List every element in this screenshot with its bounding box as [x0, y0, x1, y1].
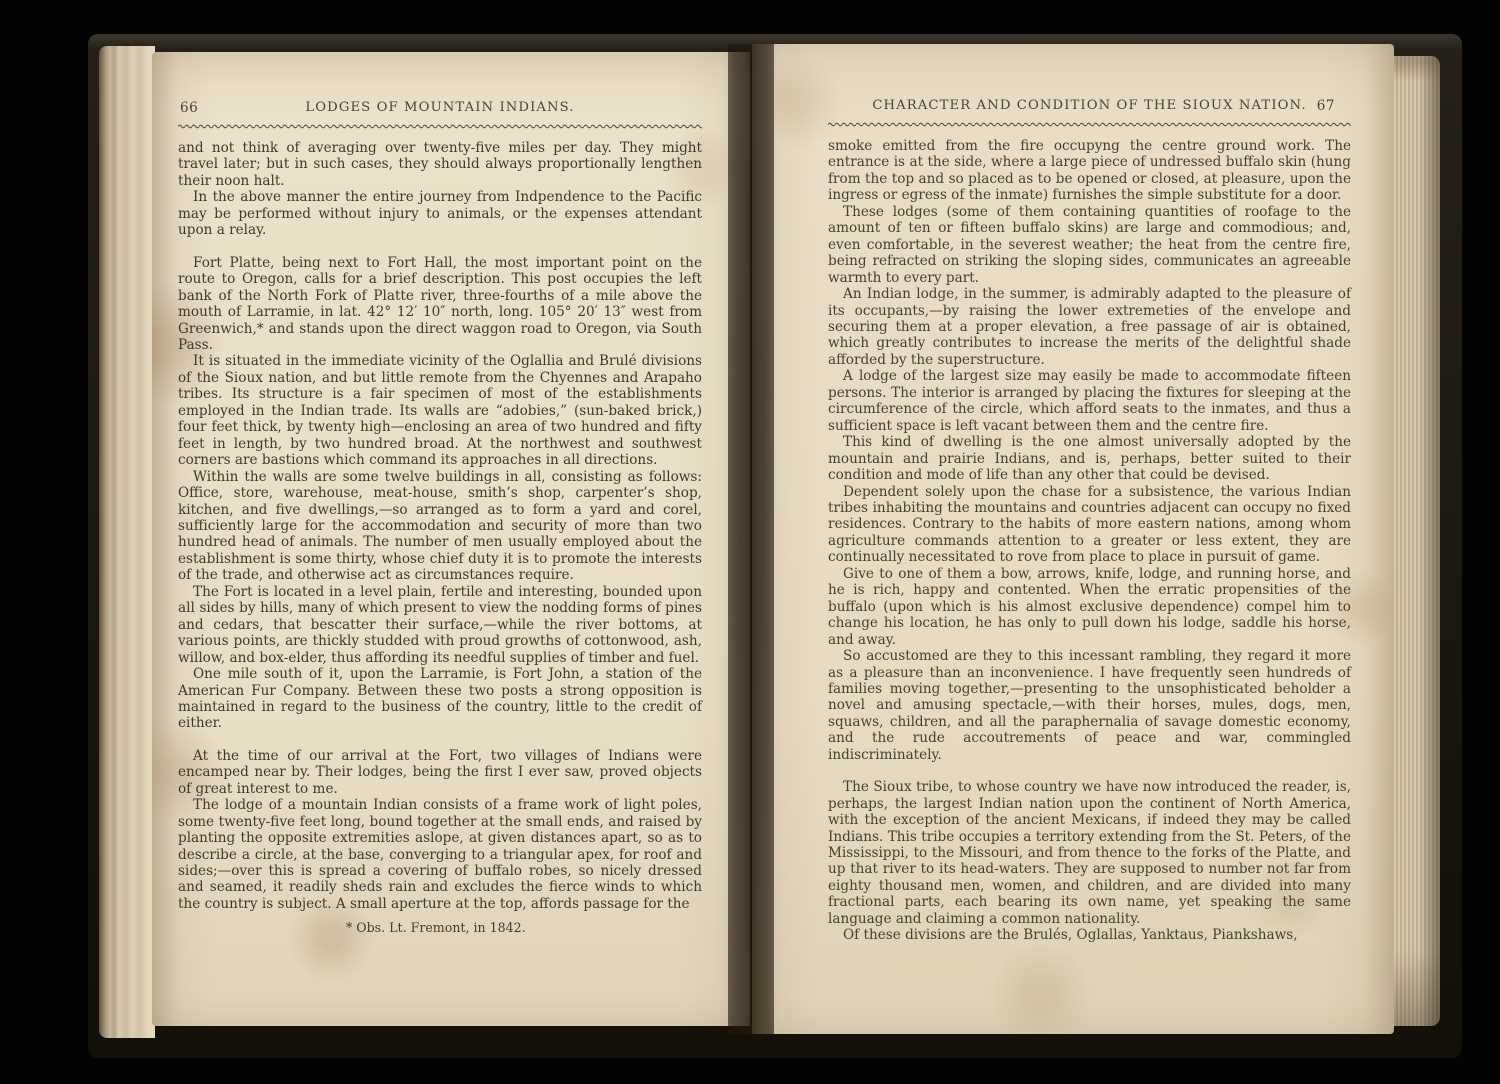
paragraph: So accustomed are they to this incessant… [828, 648, 1351, 763]
paragraph: The lodge of a mountain Indian consists … [178, 797, 702, 912]
paragraph: In the above manner the entire journey f… [178, 189, 702, 238]
right-running-head: CHARACTER AND CONDITION OF THE SIOUX NAT… [828, 98, 1351, 113]
left-running-head: LODGES OF MOUNTAIN INDIANS. [178, 100, 702, 115]
paragraph: Of these divisions are the Brulés, Oglal… [828, 927, 1351, 943]
paragraph: These lodges (some of them containing qu… [828, 204, 1351, 286]
wavy-rule-fill [178, 123, 702, 130]
paragraph: This kind of dwelling is the one almost … [828, 434, 1351, 483]
paragraph: Within the walls are some twelve buildin… [178, 469, 702, 584]
left-page-header: 66 LODGES OF MOUNTAIN INDIANS. [178, 100, 702, 117]
right-page-body: smoke emitted from the fire occupyng the… [828, 138, 1351, 944]
right-text-block: CHARACTER AND CONDITION OF THE SIOUX NAT… [828, 98, 1351, 944]
paragraph: An Indian lodge, in the summer, is admir… [828, 286, 1351, 368]
footnote: * Obs. Lt. Fremont, in 1842. [346, 920, 702, 935]
paragraph: A lodge of the largest size may easily b… [828, 368, 1351, 434]
paragraph: Give to one of them a bow, arrows, knife… [828, 566, 1351, 648]
paragraph: and not think of averaging over twenty-f… [178, 140, 702, 189]
gutter-shadow [728, 44, 774, 1034]
wavy-rule-fill [828, 121, 1351, 128]
paragraph: One mile south of it, upon the Larramie,… [178, 666, 702, 732]
paragraph: Dependent solely upon the chase for a su… [828, 484, 1351, 566]
photo-background: 66 LODGES OF MOUNTAIN INDIANS. and not t… [0, 0, 1500, 1084]
wavy-rule [828, 121, 1351, 128]
right-page-header: CHARACTER AND CONDITION OF THE SIOUX NAT… [828, 98, 1351, 115]
paragraph: The Fort is located in a level plain, fe… [178, 584, 702, 666]
right-fore-edge [1394, 56, 1440, 1026]
wavy-rule [178, 123, 702, 130]
paragraph: The Sioux tribe, to whose country we hav… [828, 779, 1351, 927]
paragraph: smoke emitted from the fire occupyng the… [828, 138, 1351, 204]
left-page-stack-edges [99, 46, 155, 1038]
paragraph: Fort Platte, being next to Fort Hall, th… [178, 255, 702, 354]
paragraph: It is situated in the immediate vicinity… [178, 353, 702, 468]
paragraph: At the time of our arrival at the Fort, … [178, 748, 702, 797]
left-text-block: 66 LODGES OF MOUNTAIN INDIANS. and not t… [178, 100, 702, 935]
right-page-number: 67 [1317, 98, 1335, 114]
left-page-body: and not think of averaging over twenty-f… [178, 140, 702, 912]
left-page-number: 66 [180, 100, 198, 116]
